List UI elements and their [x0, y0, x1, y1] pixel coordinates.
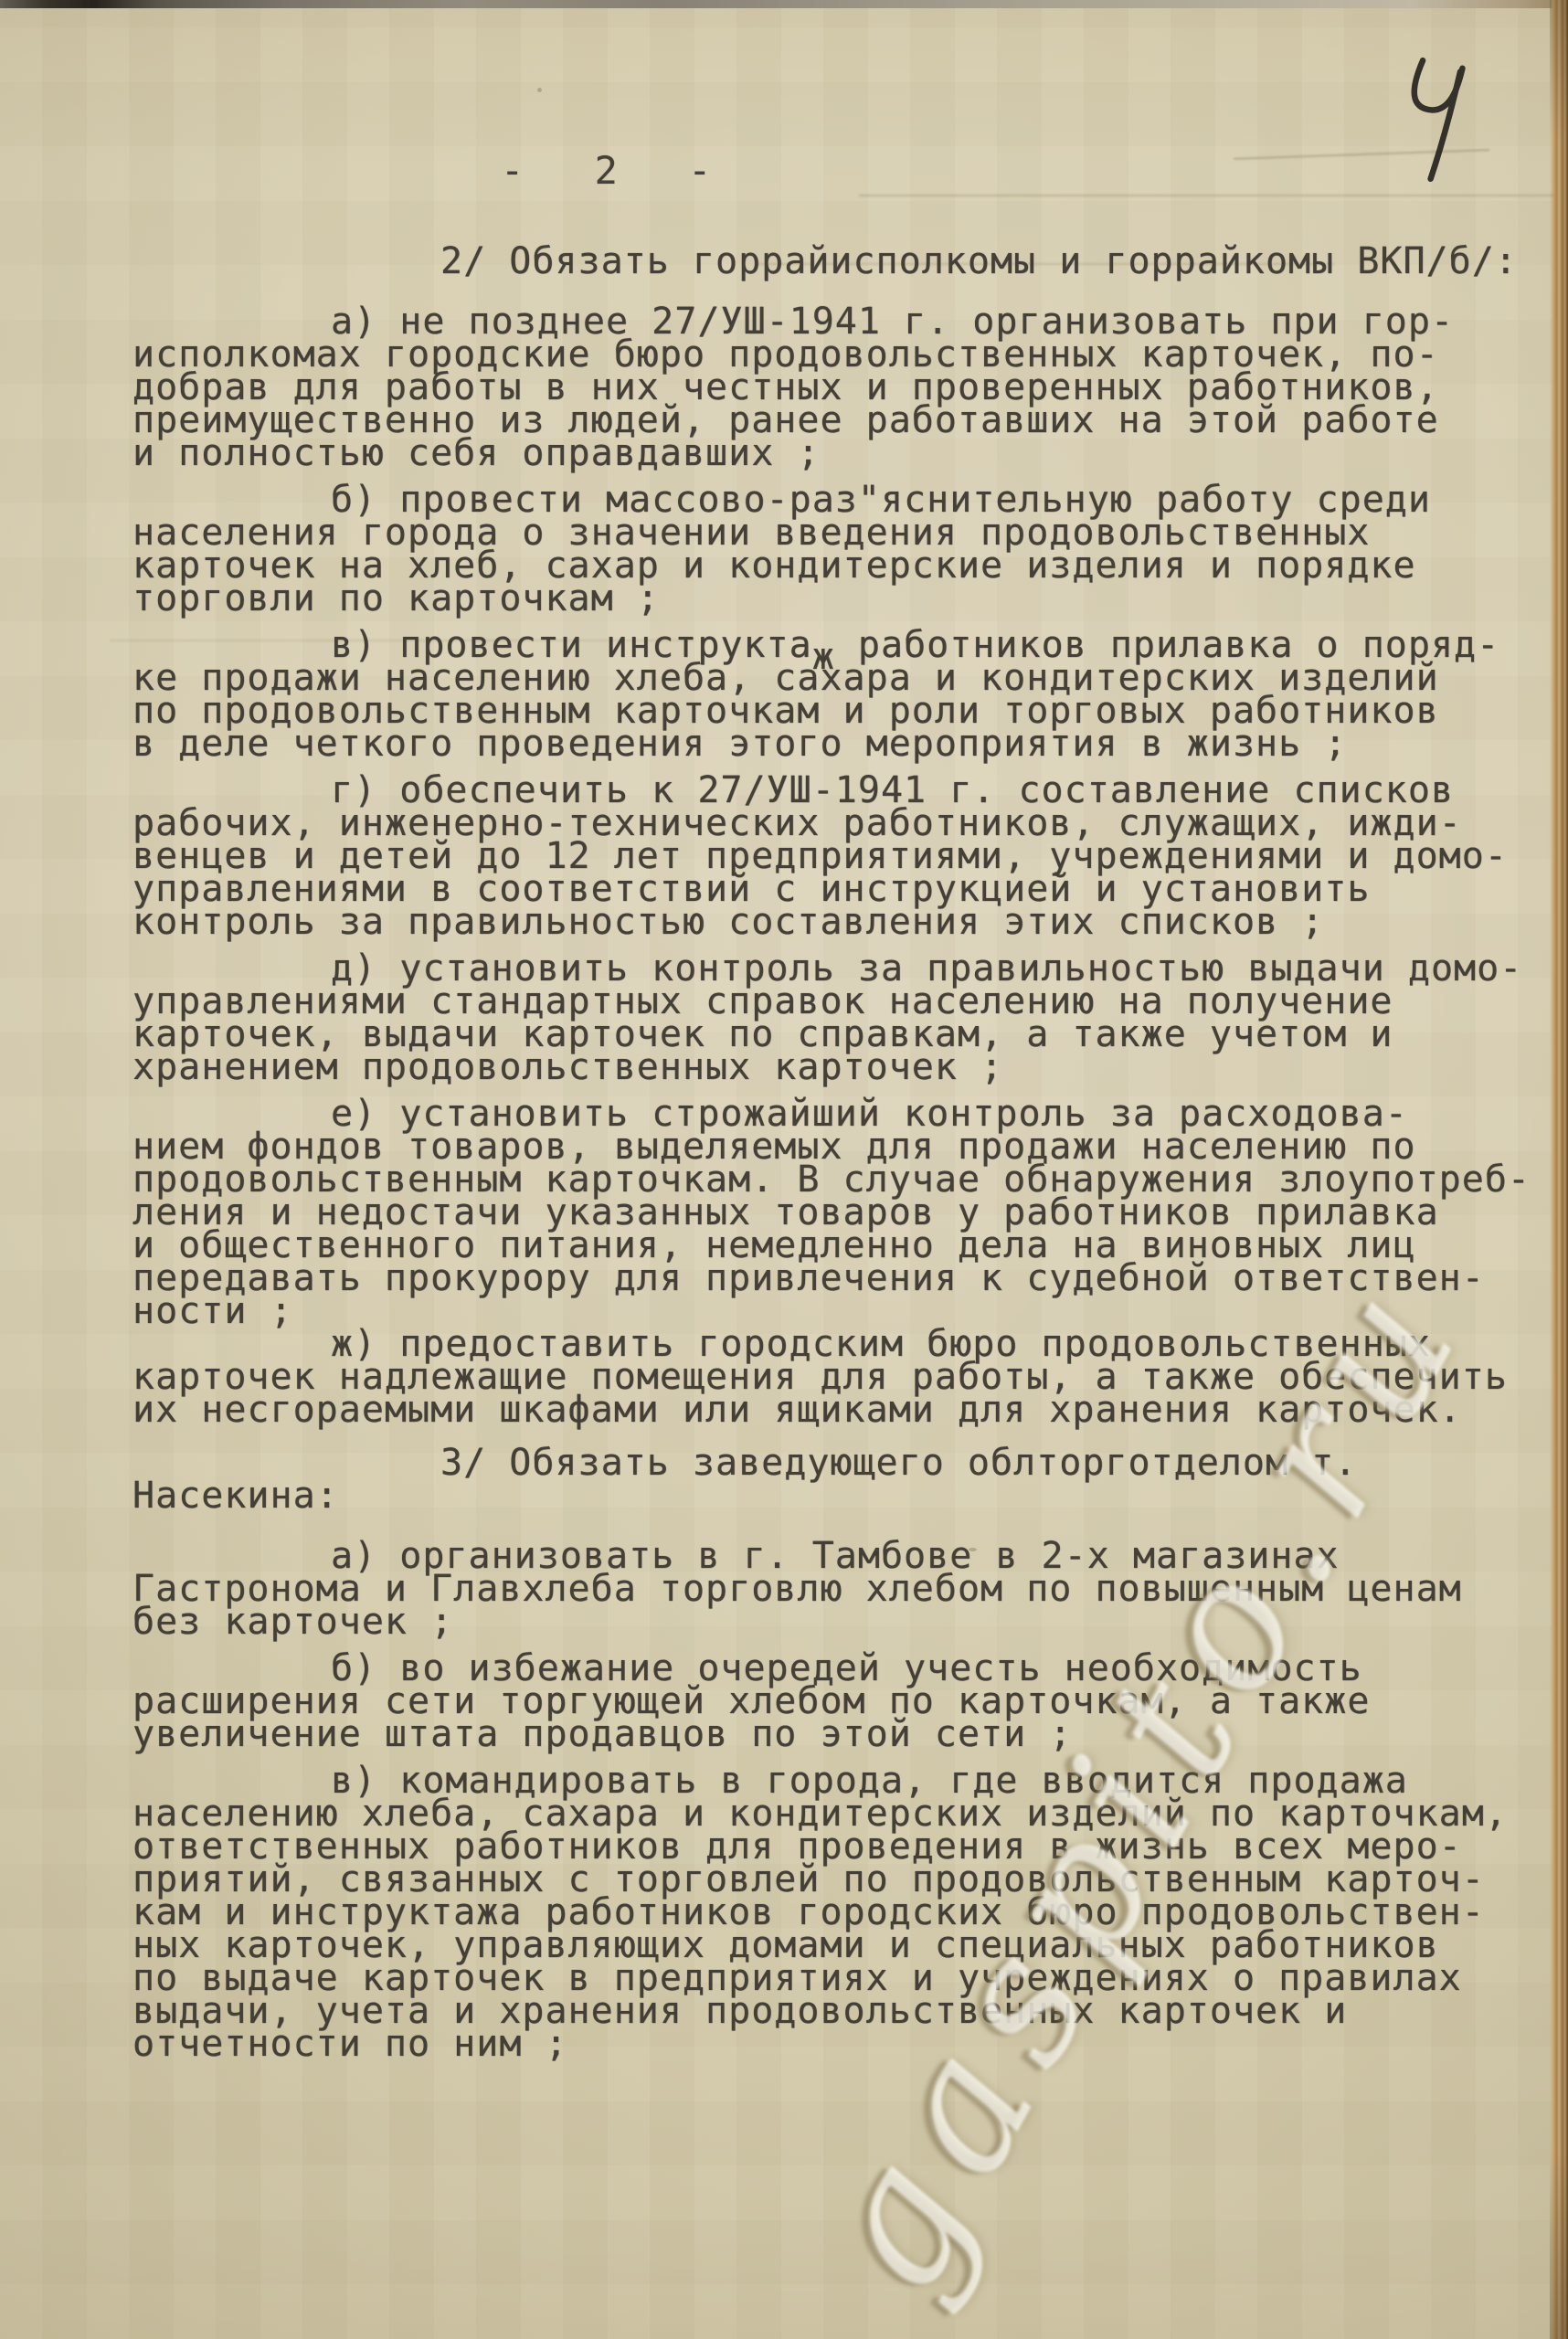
paragraph-2v: в) провести инструктаж работников прилав…	[132, 629, 1544, 760]
paragraph-3a: а) организовать в г. Тамбове в 2-х магаз…	[132, 1540, 1544, 1638]
handwritten-page-number	[1389, 49, 1482, 197]
section-2-heading: 2/ Обязать горрайисполкомы и горрайкомы …	[132, 245, 1544, 278]
paragraph-3v: в) командировать в города, где вводится …	[132, 1764, 1544, 2060]
scan-edge-top	[0, 0, 1568, 8]
section-3-heading: 3/ Обязать заведующего облторготделом т.…	[132, 1446, 1544, 1512]
handwritten-4-icon	[1390, 49, 1482, 194]
paper-speck	[537, 88, 542, 92]
typewriter-dropped-letter: ж	[812, 636, 835, 678]
paragraph-2d: д) установить контроль за правильностью …	[132, 952, 1544, 1084]
paragraph-2b: б) провести массово-раз"яснительную рабо…	[132, 483, 1544, 615]
scanned-document-page: - 2 - 2/ Обязать горрайисполкомы и горра…	[0, 0, 1568, 2339]
paragraph-2g: г) обеспечить к 27/УШ-1941 г. составлени…	[132, 774, 1544, 938]
paragraph-3b: б) во избежание очередей учесть необходи…	[132, 1652, 1544, 1751]
paragraph-2a: а) не позднее 27/УШ-1941 г. организовать…	[132, 305, 1544, 470]
page-stack-edge	[1550, 0, 1568, 2339]
paragraph-2zh: ж) предоставить городским бюро продоволь…	[132, 1328, 1544, 1426]
paragraph-2e: е) установить строжайший контроль за рас…	[132, 1097, 1544, 1328]
page-number: - 2 -	[501, 148, 735, 193]
document-body-text: 2/ Обязать горрайисполкомы и горрайкомы …	[132, 245, 1544, 2060]
